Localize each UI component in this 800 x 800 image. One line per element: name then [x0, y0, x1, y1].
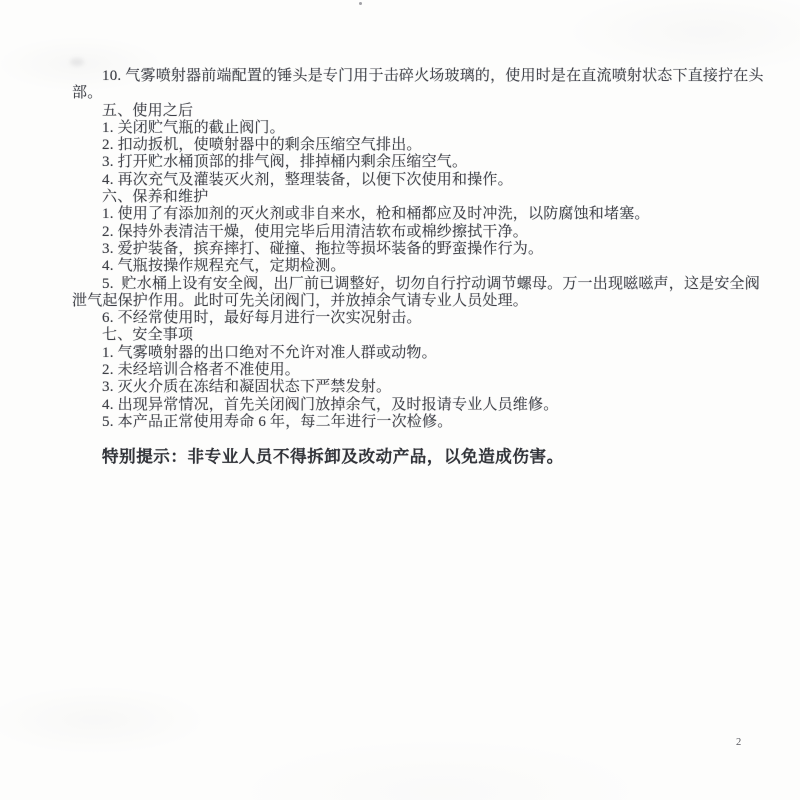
document-body: 10. 气雾喷射器前端配置的锤头是专门用于击碎火场玻璃的，使用时是在直流喷射状态… — [72, 68, 778, 467]
doc-line: 3. 爱护装备，摈弃摔打、碰撞、拖拉等损坏装备的野蛮操作行为。 — [72, 241, 778, 258]
page-number: 2 — [736, 737, 741, 748]
document-lines: 10. 气雾喷射器前端配置的锤头是专门用于击碎火场玻璃的，使用时是在直流喷射状态… — [72, 68, 778, 431]
doc-line: 3. 打开贮水桶顶部的排气阀，排掉桶内剩余压缩空气。 — [72, 154, 778, 171]
doc-line: 2. 未经培训合格者不准使用。 — [72, 362, 778, 379]
doc-line: 4. 再次充气及灌装灭火剂，整理装备，以便下次使用和操作。 — [72, 172, 778, 189]
doc-line: 泄气起保护作用。此时可先关闭阀门，并放掉余气请专业人员处理。 — [72, 293, 778, 310]
doc-line: 6. 不经常使用时，最好每月进行一次实况射击。 — [72, 310, 778, 327]
doc-line: 六、保养和维护 — [72, 189, 778, 206]
doc-line: 3. 灭火介质在冻结和凝固状态下严禁发射。 — [72, 379, 778, 396]
doc-line: 4. 气瓶按操作规程充气，定期检测。 — [72, 258, 778, 275]
doc-line: 1. 关闭贮气瓶的截止阀门。 — [72, 120, 778, 137]
doc-line: 五、使用之后 — [72, 103, 778, 120]
doc-line: 七、安全事项 — [72, 327, 778, 344]
scan-speck — [359, 2, 362, 5]
special-note-text: 特别提示：非专业人员不得拆卸及改动产品，以免造成伤害。 — [102, 447, 778, 467]
scanned-document-page: 10. 气雾喷射器前端配置的锤头是专门用于击碎火场玻璃的，使用时是在直流喷射状态… — [0, 0, 800, 800]
doc-line: 部。 — [72, 85, 778, 102]
doc-line: 1. 使用了有添加剂的灭火剂或非自来水，枪和桶都应及时冲洗，以防腐蚀和堵塞。 — [72, 206, 778, 223]
doc-line: 1. 气雾喷射器的出口绝对不允许对准人群或动物。 — [72, 345, 778, 362]
scan-smudge — [70, 58, 84, 66]
doc-line: 5. 贮水桶上设有安全阀，出厂前已调整好，切勿自行拧动调节螺母。万一出现嗞嗞声，… — [72, 276, 778, 293]
doc-line: 5. 本产品正常使用寿命 6 年，每二年进行一次检修。 — [72, 414, 778, 431]
doc-line: 4. 出现异常情况，首先关闭阀门放掉余气，及时报请专业人员维修。 — [72, 397, 778, 414]
doc-line: 10. 气雾喷射器前端配置的锤头是专门用于击碎火场玻璃的，使用时是在直流喷射状态… — [72, 68, 778, 85]
doc-line: 2. 保持外表清洁干燥，使用完毕后用清洁软布或棉纱擦拭干净。 — [72, 224, 778, 241]
doc-line: 2. 扣动扳机，使喷射器中的剩余压缩空气排出。 — [72, 137, 778, 154]
